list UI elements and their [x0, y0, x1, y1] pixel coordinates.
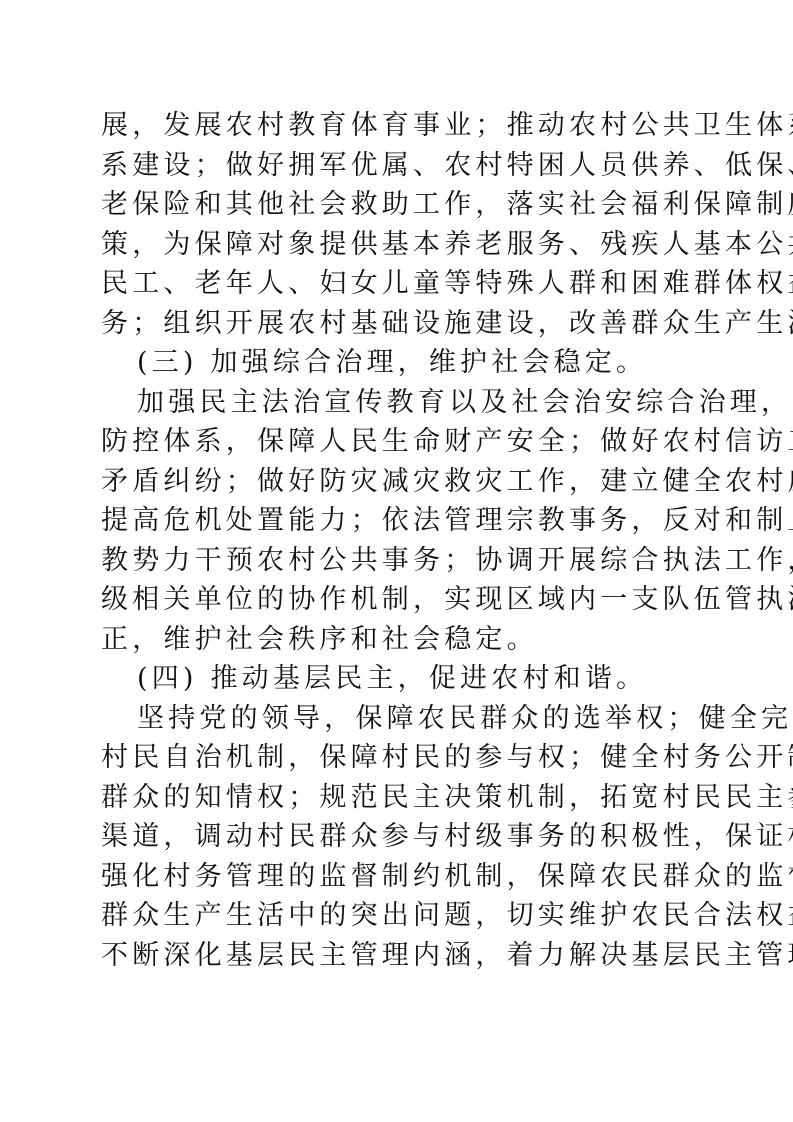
section-heading-4: (四) 推动基层民主，促进农村和谐。: [101, 659, 701, 699]
paragraph-line: 提高危机处置能力；依法管理宗教事务，反对和制止利用宗教和宗: [101, 501, 701, 541]
paragraph-line: 防控体系，保障人民生命财产安全；做好农村信访工作，排查化解: [101, 422, 701, 462]
paragraph-line: 群众生产生活中的突出问题，切实维护农民合法权益；创新方法，: [101, 896, 701, 936]
paragraph-line: 渠道，调动村民群众参与村级事务的积极性，保证村民的决策权；: [101, 817, 701, 857]
paragraph-line: 展，发展农村教育体育事业；推动农村公共卫生体系和基本医疗体: [101, 106, 701, 146]
paragraph-line: 策，为保障对象提供基本养老服务、残疾人基本公共服务；维护农: [101, 225, 701, 265]
paragraph-line: 教势力干预农村公共事务；协调开展综合执法工作，建立健全与县: [101, 541, 701, 581]
paragraph-line: 老保险和其他社会救助工作，落实社会福利保障制度和优抚安置政: [101, 185, 701, 225]
paragraph-line: 坚持党的领导，保障农民群众的选举权；健全完善充满活力的: [101, 699, 701, 739]
paragraph-line: 系建设；做好拥军优属、农村特困人员供养、低保、扶贫救济、养: [101, 146, 701, 186]
paragraph-line: 民工、老年人、妇女儿童等特殊人群和困难群体权益等基本社会服: [101, 264, 701, 304]
paragraph-line: 村民自治机制，保障村民的参与权；健全村务公开制度，保障农民: [101, 738, 701, 778]
paragraph-line: 加强民主法治宣传教育以及社会治安综合治理，完善农村治安: [101, 383, 701, 423]
paragraph-line: 正，维护社会秩序和社会稳定。: [101, 620, 701, 660]
paragraph-line: 务；组织开展农村基础设施建设，改善群众生产生活条件。: [101, 304, 701, 344]
paragraph-line: 不断深化基层民主管理内涵，着力解决基层民主管理中的薄弱问: [101, 936, 701, 976]
paragraph-line: 群众的知情权；规范民主决策机制，拓宽村民民主参与村级事务的: [101, 778, 701, 818]
paragraph-line: 级相关单位的协作机制，实现区域内一支队伍管执法；保证社会公: [101, 580, 701, 620]
section-heading-3: (三) 加强综合治理，维护社会稳定。: [101, 343, 701, 383]
document-page: 展，发展农村教育体育事业；推动农村公共卫生体系和基本医疗体 系建设；做好拥军优属…: [101, 106, 701, 975]
paragraph-line: 强化村务管理的监督制约机制，保障农民群众的监督权；着力解决: [101, 857, 701, 897]
paragraph-line: 矛盾纠纷；做好防灾减灾救灾工作，建立健全农村应急管理体系，: [101, 462, 701, 502]
